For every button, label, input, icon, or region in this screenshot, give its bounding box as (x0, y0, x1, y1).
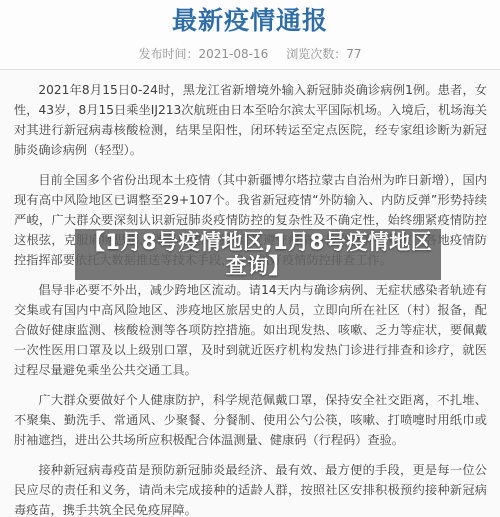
epidemic-report-page: { "header": { "title": "最新疫情通报", "publis… (0, 0, 500, 517)
watermark-overlay: 【1月8号疫情地区,1月8号疫情地区查询】 (75, 229, 441, 280)
publish-time: 发布时间：2021-08-16 (138, 45, 268, 62)
article-paragraph: 倡导非必要不外出，减少跨地区流动。请14天内与确诊病例、无症状感染者轨迹有交集或… (14, 280, 487, 380)
view-count-value: 77 (346, 47, 361, 61)
article-paragraph: 接种新冠病毒疫苗是预防新冠肺炎最经济、最有效、最方便的手段，更是每一位公民应尽的… (14, 460, 487, 517)
view-count: 浏览次数：77 (286, 45, 361, 62)
article-paragraph: 广大群众要做好个人健康防护，科学规范佩戴口罩，保持安全社交距离，不扎堆、不聚集、… (14, 390, 487, 450)
view-count-label: 浏览次数： (286, 47, 346, 61)
page-title: 最新疫情通报 (0, 0, 500, 36)
publish-time-label: 发布时间： (138, 47, 198, 61)
article-paragraph: 2021年8月15日0-24时，黑龙江省新增境外输入新冠肺炎确诊病例1例。患者，… (14, 80, 487, 160)
publish-time-value: 2021-08-16 (198, 47, 268, 61)
article-header: 最新疫情通报 发布时间：2021-08-16 浏览次数：77 (0, 0, 500, 70)
article-meta: 发布时间：2021-08-16 浏览次数：77 (0, 45, 500, 62)
article-body: 2021年8月15日0-24时，黑龙江省新增境外输入新冠肺炎确诊病例1例。患者，… (0, 70, 500, 517)
